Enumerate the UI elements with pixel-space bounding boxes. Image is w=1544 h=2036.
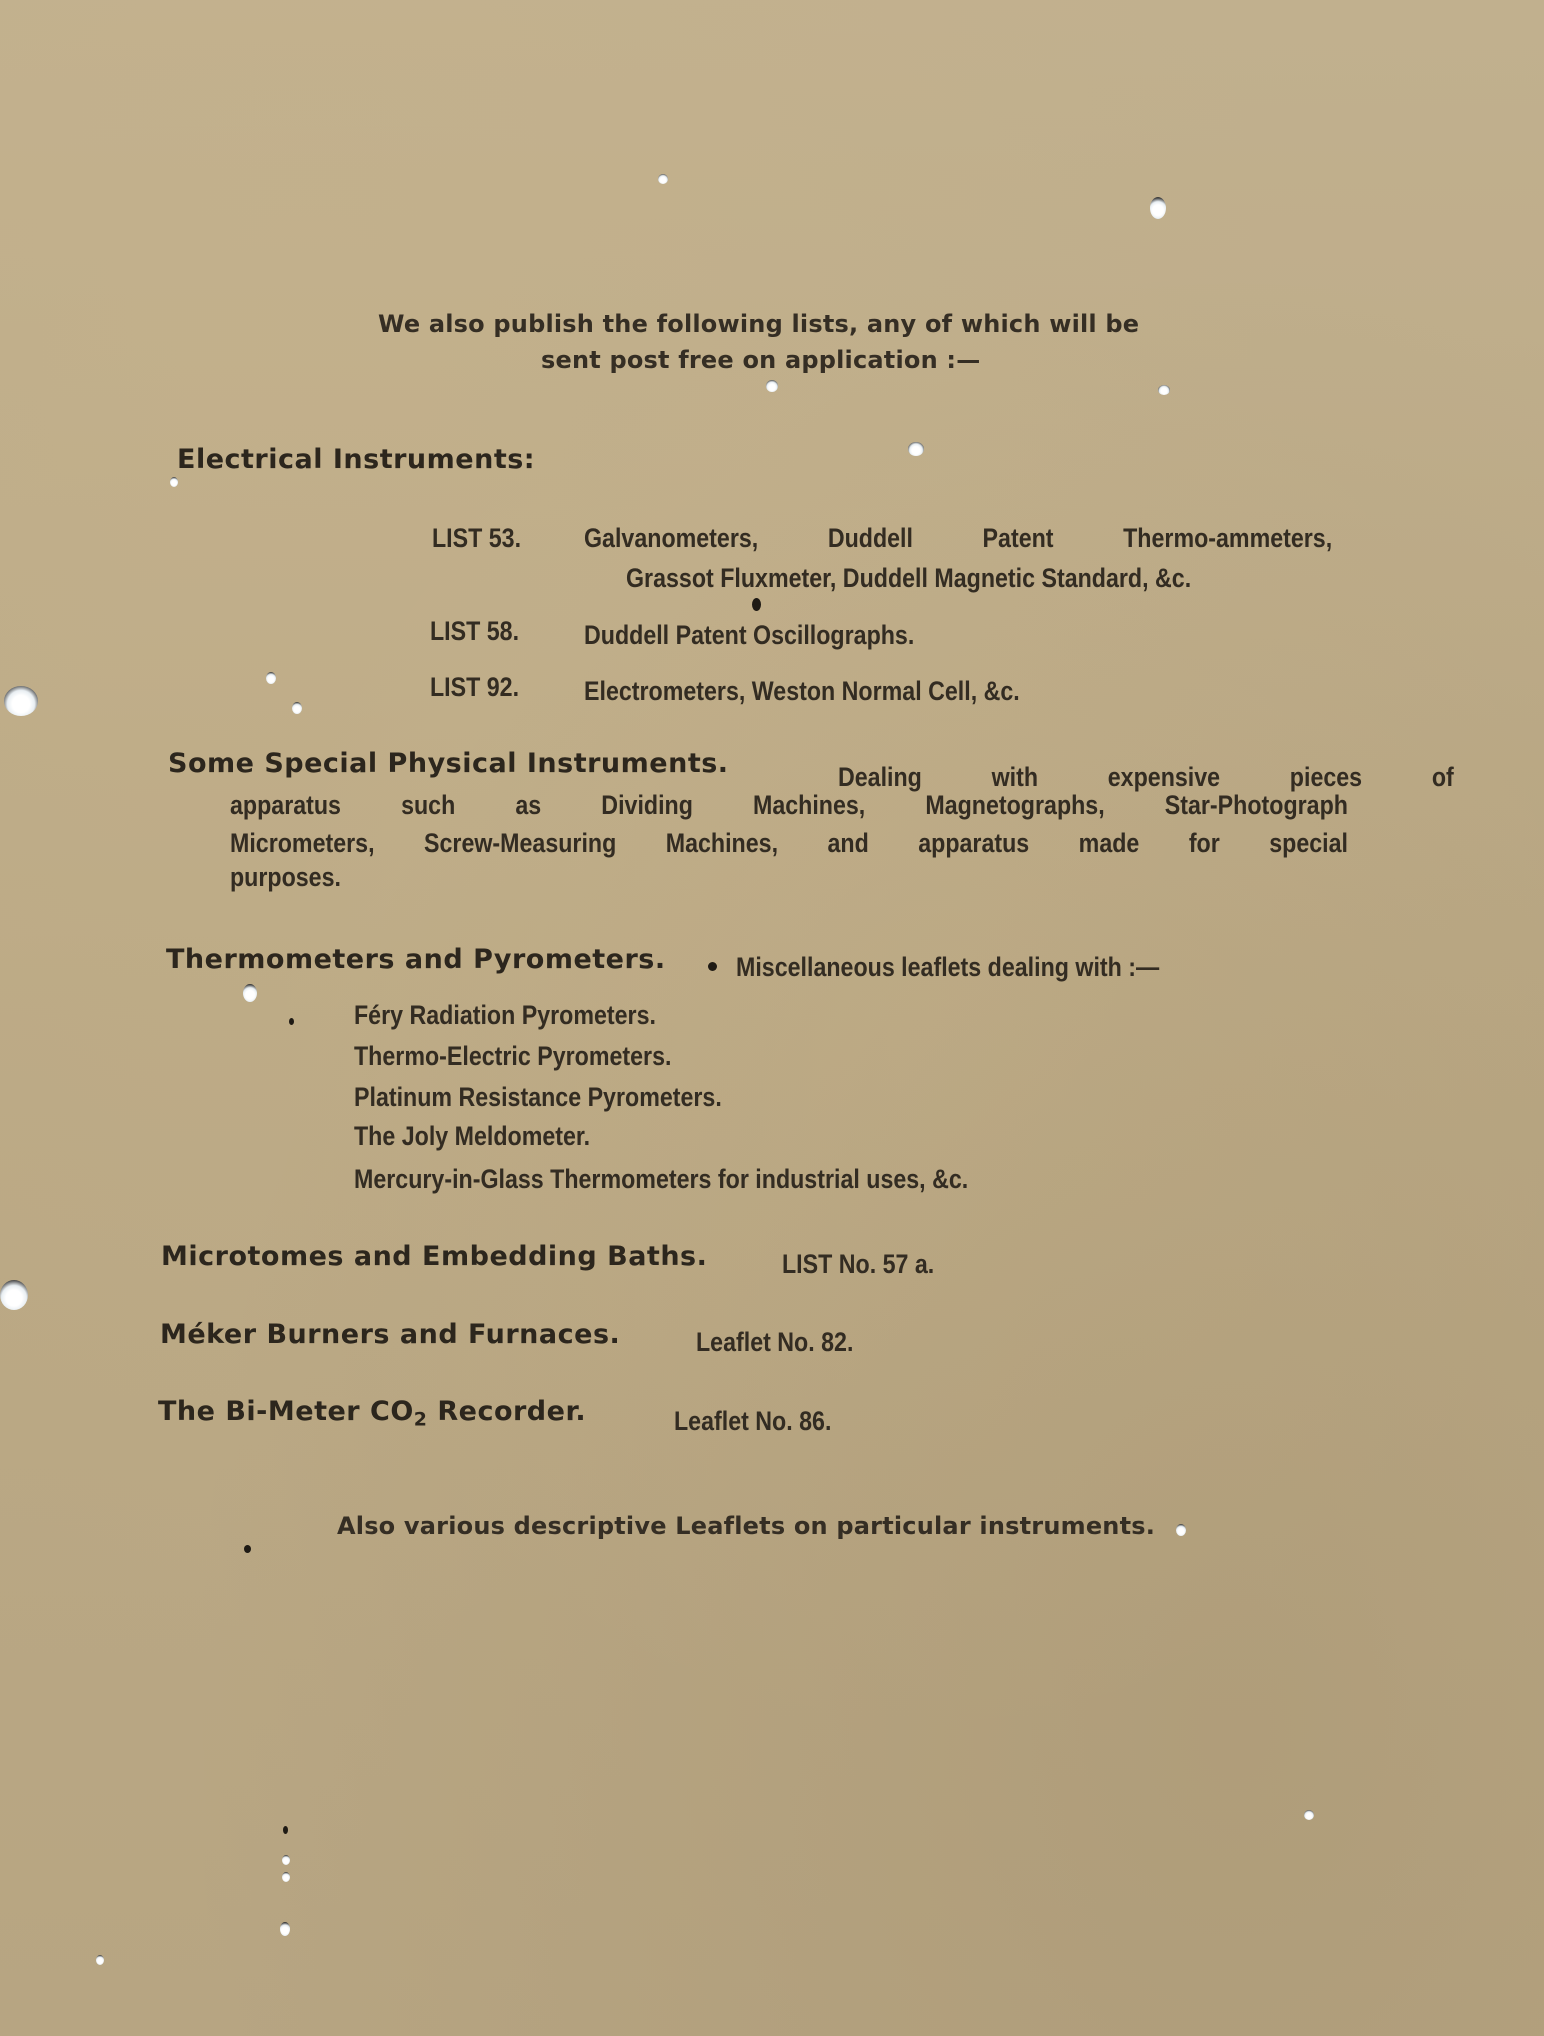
paper-hole [0, 1280, 28, 1310]
special-line-3: Micrometers, Screw-Measuring Machines, a… [230, 828, 1348, 859]
word: Duddell [828, 523, 913, 554]
bimeter-ref: Leaflet No. 86. [674, 1406, 831, 1437]
thermometers-item: Thermo-Electric Pyrometers. [354, 1041, 671, 1072]
word: special [1269, 828, 1348, 859]
paper-hole [1158, 385, 1170, 395]
word: Galvanometers, [584, 523, 758, 554]
section-heading-bimeter: The Bi-Meter CO2 Recorder. [158, 1396, 586, 1431]
paper-hole [908, 442, 924, 456]
paper-hole [243, 984, 257, 1002]
word: Star-Photograph [1165, 790, 1348, 821]
intro-line-1: We also publish the following lists, any… [378, 310, 1139, 338]
word: pieces [1290, 762, 1362, 793]
thermometers-item: Mercury-in-Glass Thermometers for indust… [354, 1164, 968, 1195]
section-heading-microtomes: Microtomes and Embedding Baths. [161, 1241, 707, 1272]
meker-ref: Leaflet No. 82. [696, 1327, 853, 1358]
paper-hole [280, 1922, 290, 1936]
word: apparatus [230, 790, 341, 821]
paper-hole [170, 477, 178, 487]
heading-text: The Bi-Meter CO [158, 1396, 414, 1427]
paper-hole [282, 1855, 290, 1865]
paper-hole [1176, 1524, 1186, 1536]
ink-speck [752, 598, 761, 611]
ink-speck [283, 1826, 288, 1834]
thermometers-item: The Joly Meldometer. [354, 1121, 590, 1152]
word: Dividing [601, 790, 693, 821]
word: such [401, 790, 455, 821]
list-92-text: Electrometers, Weston Normal Cell, &c. [584, 676, 1020, 707]
word: Dealing [838, 762, 922, 793]
list-53-label: LIST 53. [432, 523, 521, 554]
word: Magnetographs, [925, 790, 1104, 821]
list-58-label: LIST 58. [430, 616, 519, 647]
subscript-2: 2 [414, 1409, 428, 1431]
paper-hole [4, 686, 38, 716]
special-line-4: purposes. [230, 862, 341, 893]
ink-speck [244, 1545, 251, 1553]
microtomes-ref: LIST No. 57 a. [782, 1249, 934, 1280]
section-heading-thermometers: Thermometers and Pyrometers. [166, 944, 666, 975]
paper-hole [1304, 1810, 1314, 1820]
paper-hole [96, 1955, 104, 1965]
footer-note: Also various descriptive Leaflets on par… [337, 1512, 1155, 1540]
section-heading-special: Some Special Physical Instruments. [168, 748, 729, 779]
paper-hole [266, 672, 276, 684]
word: Machines, [666, 828, 778, 859]
heading-text: Recorder. [427, 1396, 586, 1427]
word: as [515, 790, 541, 821]
word: Screw-Measuring [424, 828, 616, 859]
list-53-line-1: Galvanometers, Duddell Patent Thermo-amm… [584, 523, 1332, 554]
thermometers-item: Platinum Resistance Pyrometers. [354, 1082, 722, 1113]
ink-speck [708, 962, 717, 971]
paper-hole [292, 702, 302, 714]
paper-hole [766, 380, 778, 392]
section-heading-meker: Méker Burners and Furnaces. [160, 1319, 620, 1350]
thermometers-intro: Miscellaneous leaflets dealing with :— [736, 952, 1159, 983]
paper-hole [658, 174, 668, 184]
special-line-1: Dealing with expensive pieces of [838, 762, 1454, 793]
word: made [1079, 828, 1140, 859]
word: and [827, 828, 868, 859]
thermometers-item: Féry Radiation Pyrometers. [354, 1000, 656, 1031]
word: Micrometers, [230, 828, 375, 859]
word: expensive [1108, 762, 1220, 793]
ink-speck [289, 1018, 294, 1025]
section-heading-electrical: Electrical Instruments: [177, 444, 535, 475]
list-92-label: LIST 92. [430, 672, 519, 703]
document-page: We also publish the following lists, any… [0, 0, 1544, 2036]
intro-line-2: sent post free on application :— [541, 346, 980, 374]
word: Machines, [753, 790, 865, 821]
word: Patent [983, 523, 1054, 554]
word: for [1189, 828, 1220, 859]
list-58-text: Duddell Patent Oscillographs. [584, 620, 914, 651]
paper-hole [1150, 197, 1166, 219]
paper-hole [282, 1872, 290, 1882]
word: with [992, 762, 1038, 793]
word: of [1432, 762, 1454, 793]
word: apparatus [918, 828, 1029, 859]
list-53-line-2: Grassot Fluxmeter, Duddell Magnetic Stan… [626, 563, 1191, 594]
special-line-2: apparatus such as Dividing Machines, Mag… [230, 790, 1348, 821]
word: Thermo-ammeters, [1123, 523, 1332, 554]
